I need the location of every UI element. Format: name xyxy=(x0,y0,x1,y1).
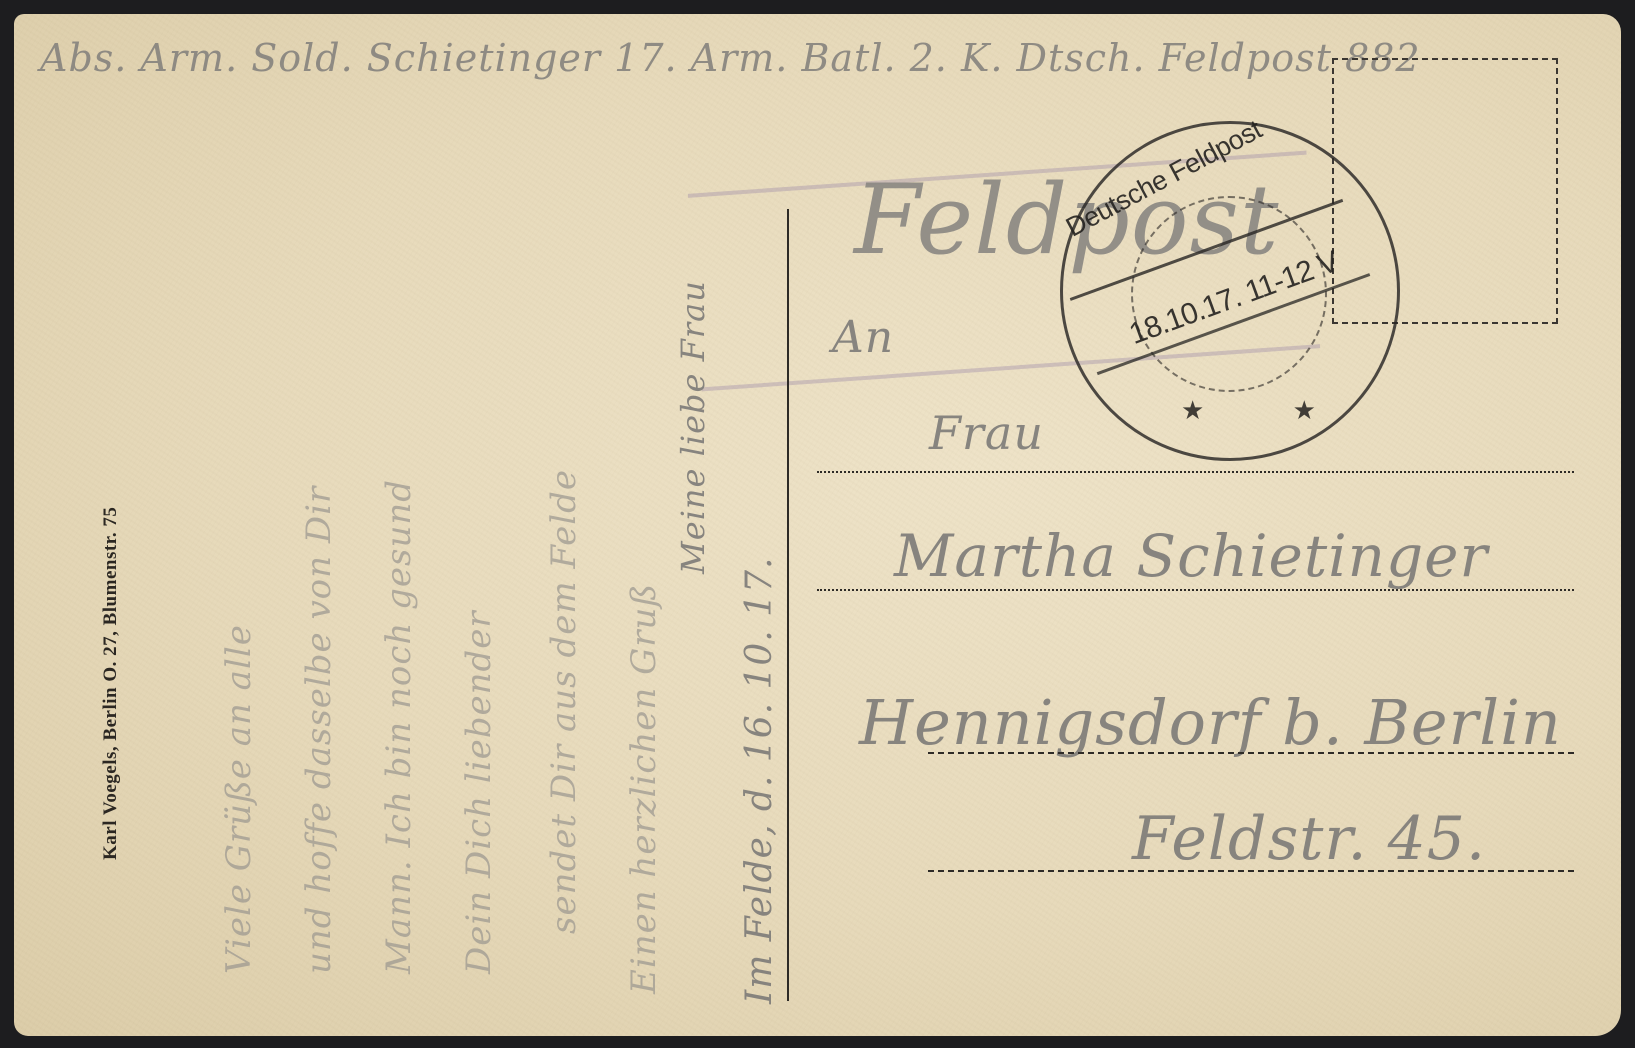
message-line: Viele Grüße an alle xyxy=(219,624,259,974)
address-line-1 xyxy=(817,471,1574,473)
address-street: Feldstr. 45. xyxy=(1132,804,1486,874)
message-line: Dein Dich liebender xyxy=(459,610,499,974)
postmark-stars-icon: ★ ★ xyxy=(1181,396,1356,426)
message-line: sendet Dir aus dem Felde xyxy=(544,469,584,934)
address-line-2 xyxy=(817,589,1574,591)
message-dateline: Im Felde, d. 16. 10. 17. xyxy=(739,557,780,1004)
address-prefix: An xyxy=(832,312,894,363)
message-line: Mann. Ich bin noch gesund xyxy=(379,479,419,974)
publisher-imprint: Karl Voegels, Berlin O. 27, Blumenstr. 7… xyxy=(100,507,122,860)
message-line: und hoffe dasselbe von Dir xyxy=(299,486,339,974)
address-line-3 xyxy=(928,752,1574,754)
postcard: Abs. Arm. Sold. Schietinger 17. Arm. Bat… xyxy=(14,14,1621,1036)
message-line: Einen herzlichen Gruß xyxy=(624,583,664,994)
address-line-4 xyxy=(928,870,1574,872)
address-name: Martha Schietinger xyxy=(894,522,1488,590)
card-divider xyxy=(787,209,789,1001)
sender-line: Abs. Arm. Sold. Schietinger 17. Arm. Bat… xyxy=(40,36,1421,80)
message-greeting: Meine liebe Frau xyxy=(674,280,712,574)
address-town: Hennigsdorf b. Berlin xyxy=(859,686,1562,759)
postmark: Deutsche Feldpost 18.10.17. 11-12 V ★ ★ xyxy=(1060,121,1400,461)
address-salutation: Frau xyxy=(929,406,1044,460)
